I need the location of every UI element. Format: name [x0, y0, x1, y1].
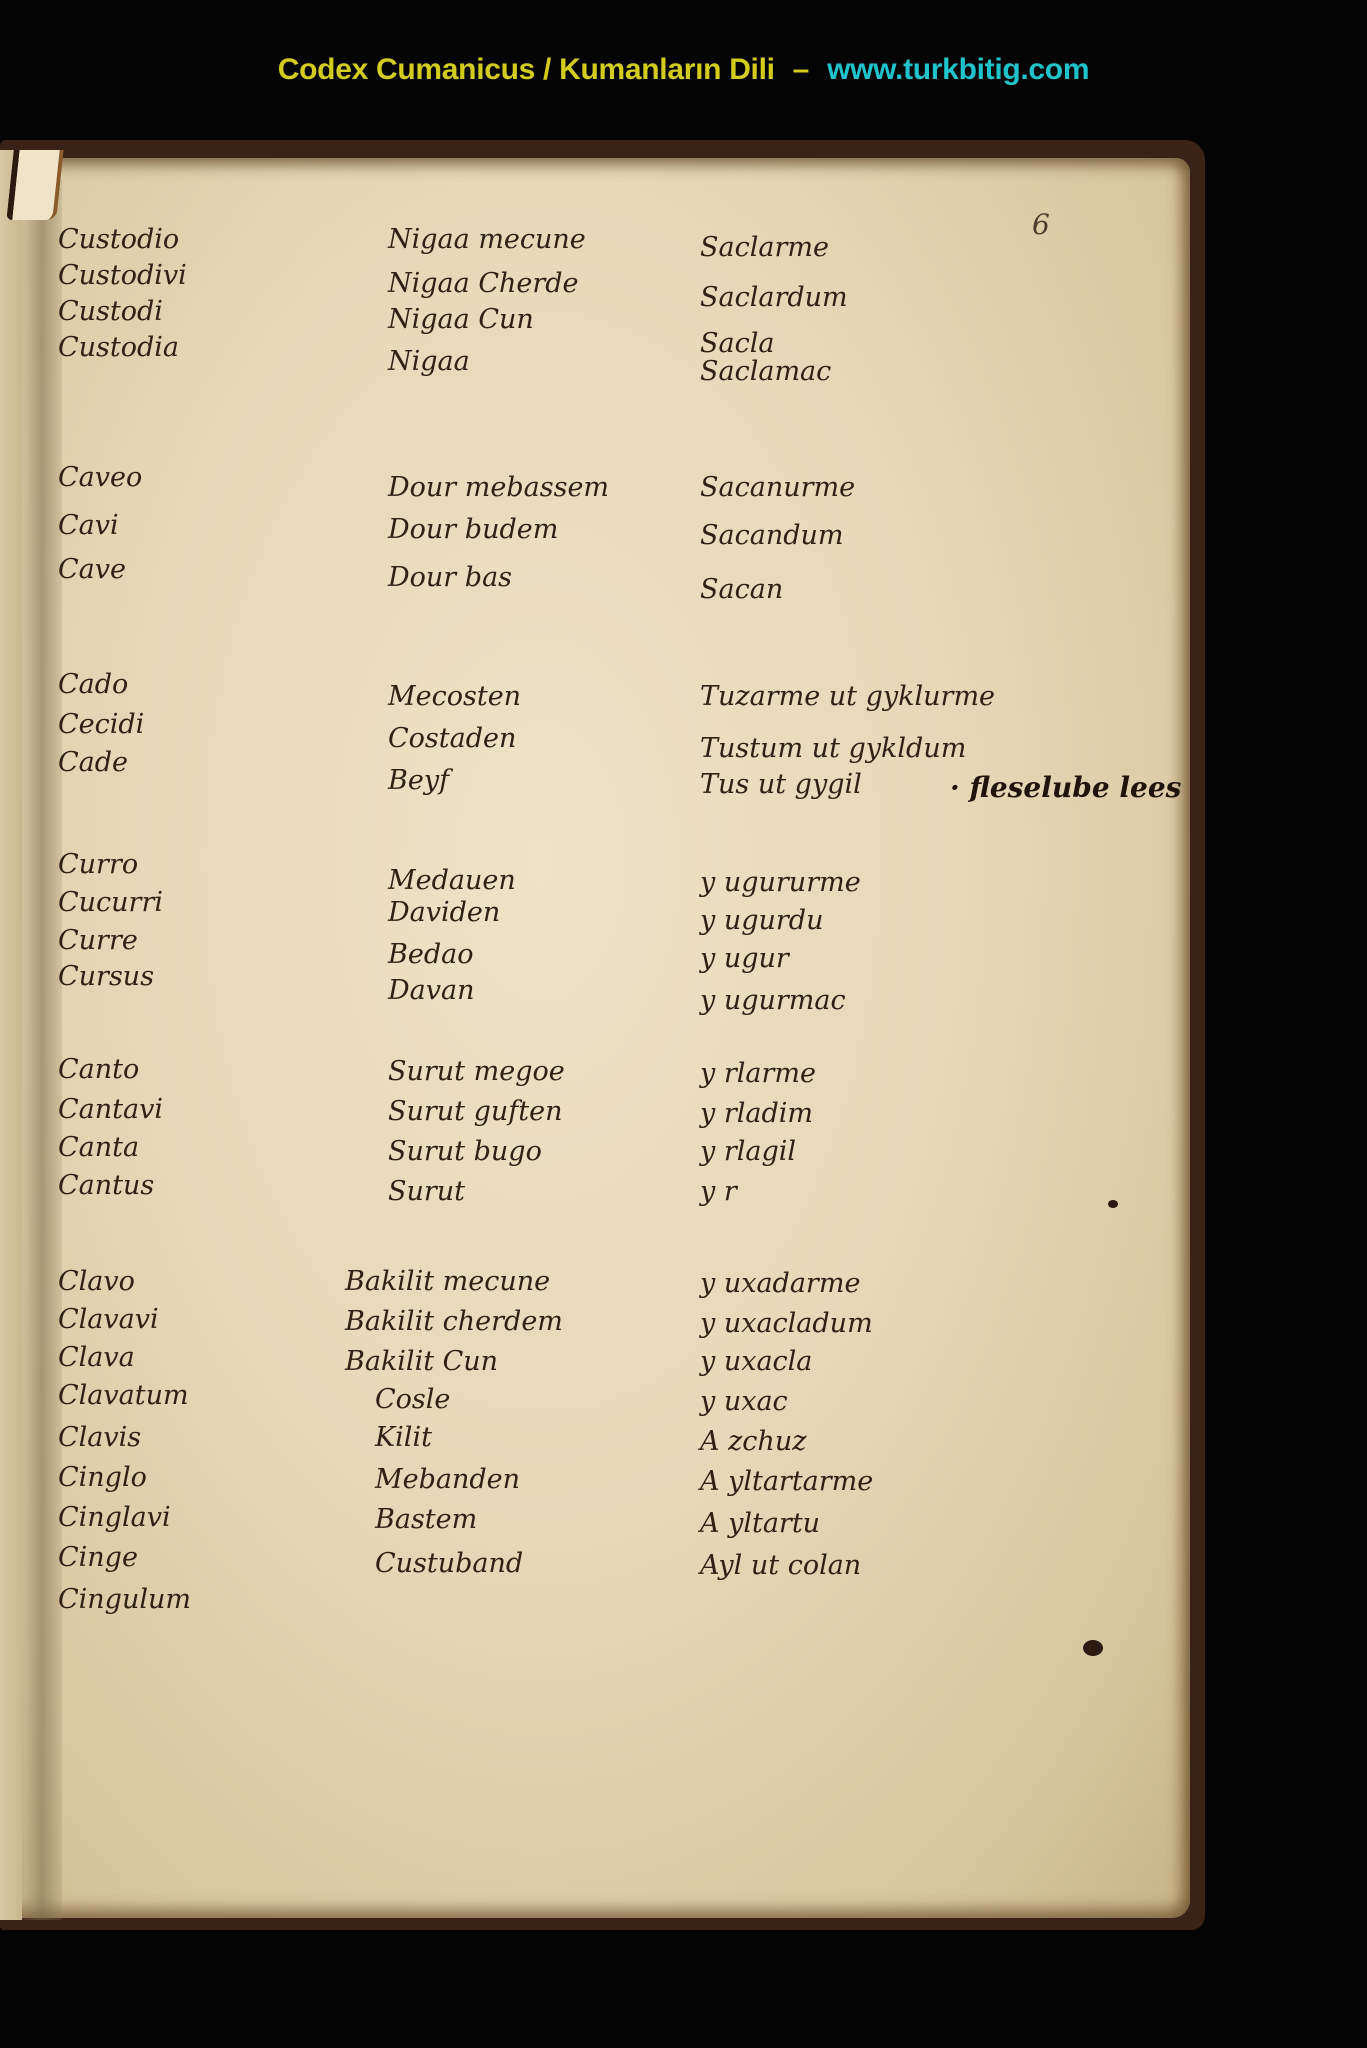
cuman-word: Tustum ut gykldum [700, 729, 966, 769]
latin-word: Clavavi [58, 1300, 159, 1340]
latin-word: Cinglo [58, 1458, 147, 1498]
cuman-word: y uxac [700, 1382, 788, 1422]
latin-word: Clavo [58, 1262, 135, 1302]
persian-word: Costaden [388, 719, 516, 759]
persian-word: Mecosten [388, 677, 521, 717]
cuman-word: y uxacladum [700, 1304, 873, 1344]
cuman-word: A yltartarme [700, 1462, 873, 1502]
persian-word: Nigaa Cun [388, 300, 534, 340]
cuman-word: y ugururme [700, 863, 861, 903]
cuman-word: Saclamac [700, 352, 831, 392]
latin-word: Cado [58, 665, 128, 705]
persian-word: Bastem [375, 1500, 477, 1540]
persian-word: Surut bugo [388, 1132, 542, 1172]
persian-word: Dour budem [388, 510, 558, 550]
cuman-word: A zchuz [700, 1422, 806, 1462]
cuman-word: y uxadarme [700, 1264, 860, 1304]
latin-word: Curro [58, 845, 138, 885]
persian-word: Nigaa Cherde [388, 264, 579, 304]
persian-word: Beyf [388, 761, 449, 801]
latin-word: Clavis [58, 1418, 141, 1458]
cuman-word: Sacan [700, 570, 783, 610]
persian-word: Custuband [375, 1544, 523, 1584]
persian-word: Bakilit mecune [345, 1262, 550, 1302]
persian-word: Surut [388, 1172, 465, 1212]
persian-word: Kilit [375, 1418, 432, 1458]
cuman-word: Ayl ut colan [700, 1546, 861, 1586]
latin-word: Cinglavi [58, 1498, 171, 1538]
latin-word: Cucurri [58, 883, 163, 923]
latin-word: Clava [58, 1338, 135, 1378]
cuman-word: y r [700, 1172, 737, 1212]
cuman-word: Sacanurme [700, 468, 855, 508]
cuman-word: y rladim [700, 1094, 813, 1134]
persian-word: Cosle [375, 1380, 450, 1420]
persian-word: Bakilit Cun [345, 1342, 498, 1382]
cuman-word: y rlagil [700, 1132, 796, 1172]
cuman-word: Sacandum [700, 516, 843, 556]
cuman-word: y ugur [700, 939, 789, 979]
latin-word: Caveo [58, 458, 142, 498]
ink-stain [1083, 1640, 1103, 1656]
marginal-gloss: · fleselube lees [950, 771, 1181, 804]
latin-word: Custodio [58, 220, 179, 260]
persian-word: Dour bas [388, 558, 512, 598]
latin-word: Cursus [58, 957, 154, 997]
latin-word: Cantus [58, 1166, 154, 1206]
persian-word: Mebanden [375, 1460, 520, 1500]
latin-word: Custodi [58, 292, 163, 332]
cuman-word: y ugurmac [700, 981, 846, 1021]
cuman-word: y uxacla [700, 1342, 812, 1382]
cuman-word: Tuzarme ut gyklurme [700, 677, 995, 717]
persian-word: Surut megoe [388, 1052, 565, 1092]
latin-word: Cantavi [58, 1090, 163, 1130]
persian-word: Nigaa mecune [388, 220, 586, 260]
latin-word: Canto [58, 1050, 139, 1090]
persian-word: Bakilit cherdem [345, 1302, 563, 1342]
persian-word: Daviden [388, 893, 500, 933]
latin-word: Cave [58, 550, 126, 590]
cuman-word: Tus ut gygil [700, 765, 862, 805]
latin-word: Cavi [58, 506, 119, 546]
latin-word: Custodia [58, 328, 179, 368]
latin-word: Custodivi [58, 256, 187, 296]
latin-word: Cecidi [58, 705, 144, 745]
persian-word: Surut guften [388, 1092, 563, 1132]
latin-word: Clavatum [58, 1376, 189, 1416]
persian-word: Davan [388, 971, 474, 1011]
cuman-word: y ugurdu [700, 901, 823, 941]
persian-word: Dour mebassem [388, 468, 609, 508]
latin-word: Cinge [58, 1538, 138, 1578]
cuman-word: Saclarme [700, 228, 829, 268]
latin-word: Cingulum [58, 1580, 191, 1620]
cuman-word: Saclardum [700, 278, 848, 318]
cuman-word: y rlarme [700, 1054, 816, 1094]
persian-word: Nigaa [388, 342, 470, 382]
persian-word: Bedao [388, 935, 473, 975]
cuman-word: A yltartu [700, 1504, 820, 1544]
glossary-entries: Custodio Nigaa mecune Saclarme Custodivi… [0, 0, 1205, 1790]
latin-word: Curre [58, 921, 138, 961]
latin-word: Canta [58, 1128, 139, 1168]
latin-word: Cade [58, 743, 128, 783]
ink-stain [1108, 1200, 1118, 1208]
